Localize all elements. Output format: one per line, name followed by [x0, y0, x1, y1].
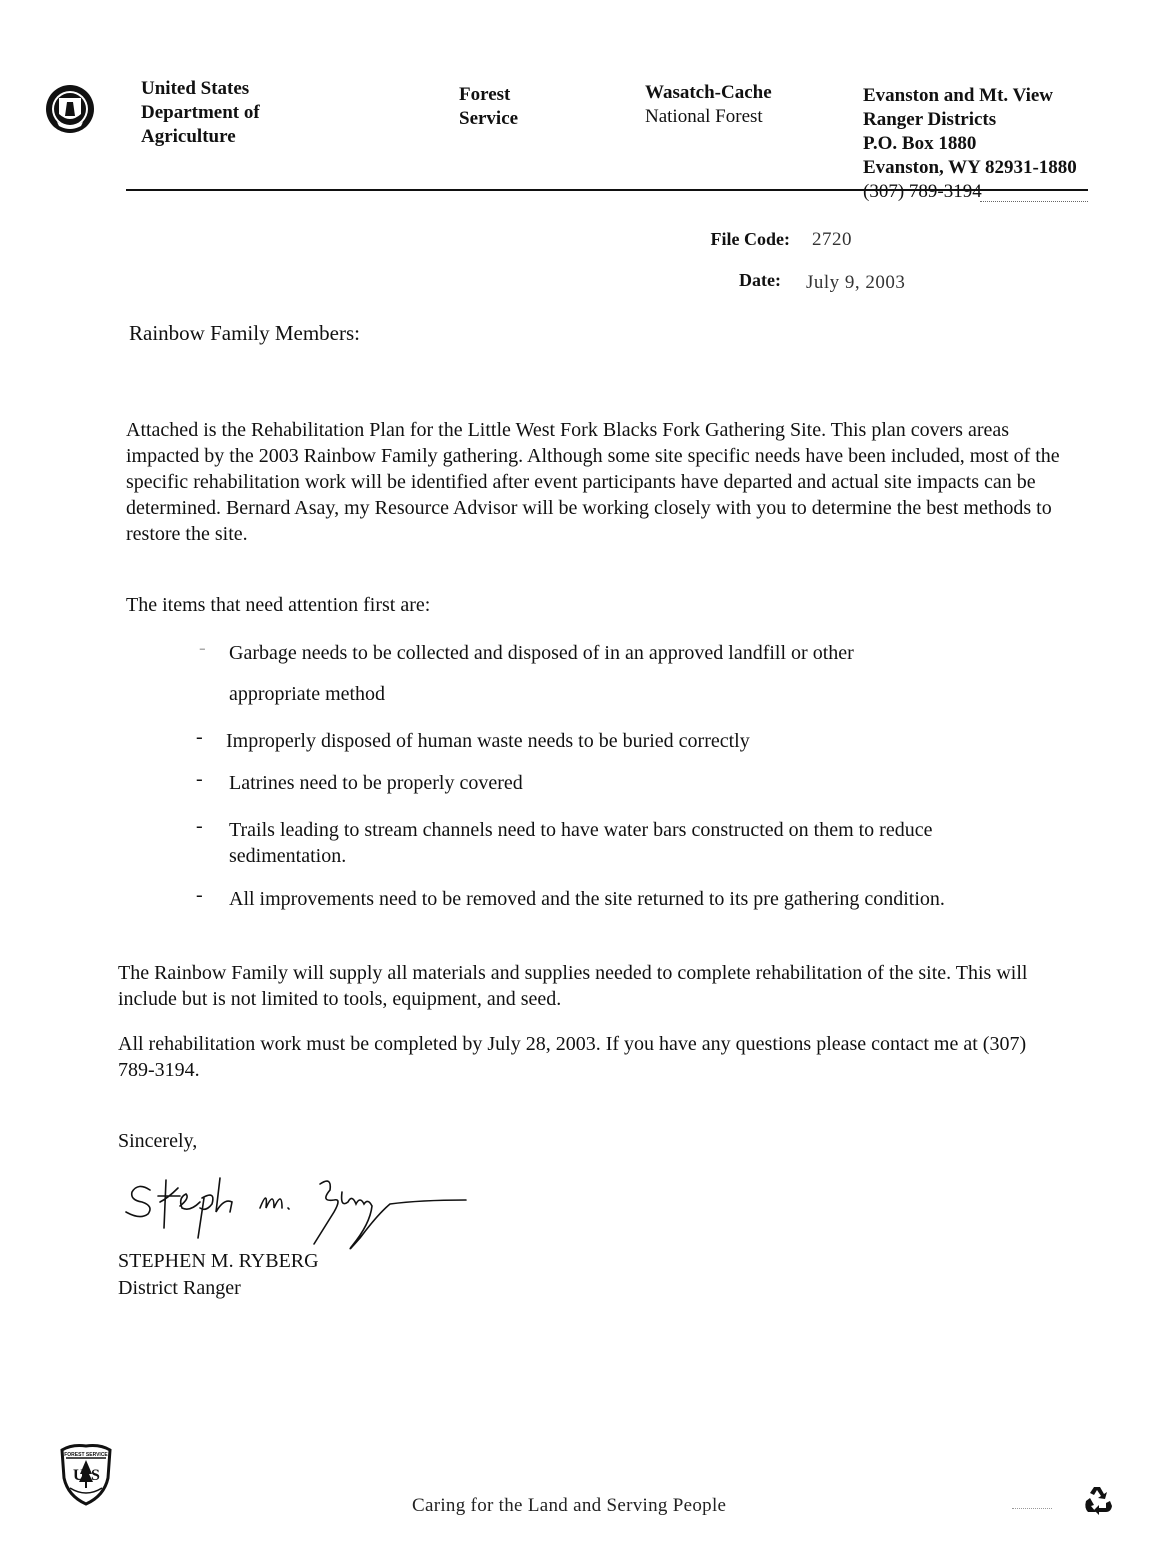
agency-line: United States — [141, 77, 260, 101]
list-marker: - — [196, 726, 203, 749]
service-line: Forest — [459, 83, 518, 107]
list-marker: - — [196, 884, 203, 907]
office-address: Evanston and Mt. View Ranger Districts P… — [863, 84, 1077, 204]
office-line: P.O. Box 1880 — [863, 132, 1077, 156]
deadline-paragraph: All rehabilitation work must be complete… — [118, 1031, 1048, 1083]
valediction: Sincerely, — [118, 1128, 197, 1154]
service-line: Service — [459, 107, 518, 131]
date-value: July 9, 2003 — [806, 272, 905, 294]
svg-text:FOREST SERVICE: FOREST SERVICE — [64, 1452, 108, 1458]
list-item-text: Improperly disposed of human waste needs… — [226, 728, 1026, 754]
agency-name: United States Department of Agriculture — [141, 77, 260, 149]
list-item-text: Latrines need to be properly covered — [229, 770, 1029, 796]
usda-seal-icon — [45, 84, 95, 134]
office-line: Evanston and Mt. View — [863, 84, 1077, 108]
list-item-continuation: appropriate method — [229, 681, 1029, 707]
file-code-label: File Code: — [670, 229, 790, 250]
signer-title: District Ranger — [118, 1275, 241, 1301]
forest-name: Wasatch-Cache National Forest — [645, 81, 772, 129]
scan-specks — [1012, 1508, 1052, 1509]
list-item-text: All improvements need to be removed and … — [229, 886, 1029, 912]
list-marker: - — [196, 768, 203, 791]
list-marker: - — [199, 637, 206, 660]
recycle-icon — [1082, 1484, 1114, 1516]
letterhead-divider-fade — [980, 201, 1088, 202]
date-label: Date: — [661, 270, 781, 291]
letterhead-divider — [126, 189, 1088, 191]
footer-motto: Caring for the Land and Serving People — [412, 1495, 726, 1517]
agency-line: Agriculture — [141, 125, 260, 149]
list-item-text: Trails leading to stream channels need t… — [229, 817, 1029, 869]
service-name: Forest Service — [459, 83, 518, 131]
salutation: Rainbow Family Members: — [129, 320, 360, 346]
supplies-paragraph: The Rainbow Family will supply all mater… — [118, 960, 1063, 1012]
list-item-text: Garbage needs to be collected and dispos… — [229, 640, 1029, 666]
forest-line: Wasatch-Cache — [645, 81, 772, 105]
intro-paragraph: Attached is the Rehabilitation Plan for … — [126, 417, 1071, 547]
forest-line: National Forest — [645, 105, 772, 129]
office-line: Ranger Districts — [863, 108, 1077, 132]
office-line: Evanston, WY 82931-1880 — [863, 156, 1077, 180]
file-code-value: 2720 — [812, 229, 852, 251]
agency-line: Department of — [141, 101, 260, 125]
forest-service-shield-icon: FOREST SERVICE U S — [58, 1442, 114, 1506]
items-lead: The items that need attention first are: — [126, 592, 1076, 618]
signer-name: STEPHEN M. RYBERG — [118, 1248, 319, 1274]
list-marker: - — [196, 815, 203, 838]
